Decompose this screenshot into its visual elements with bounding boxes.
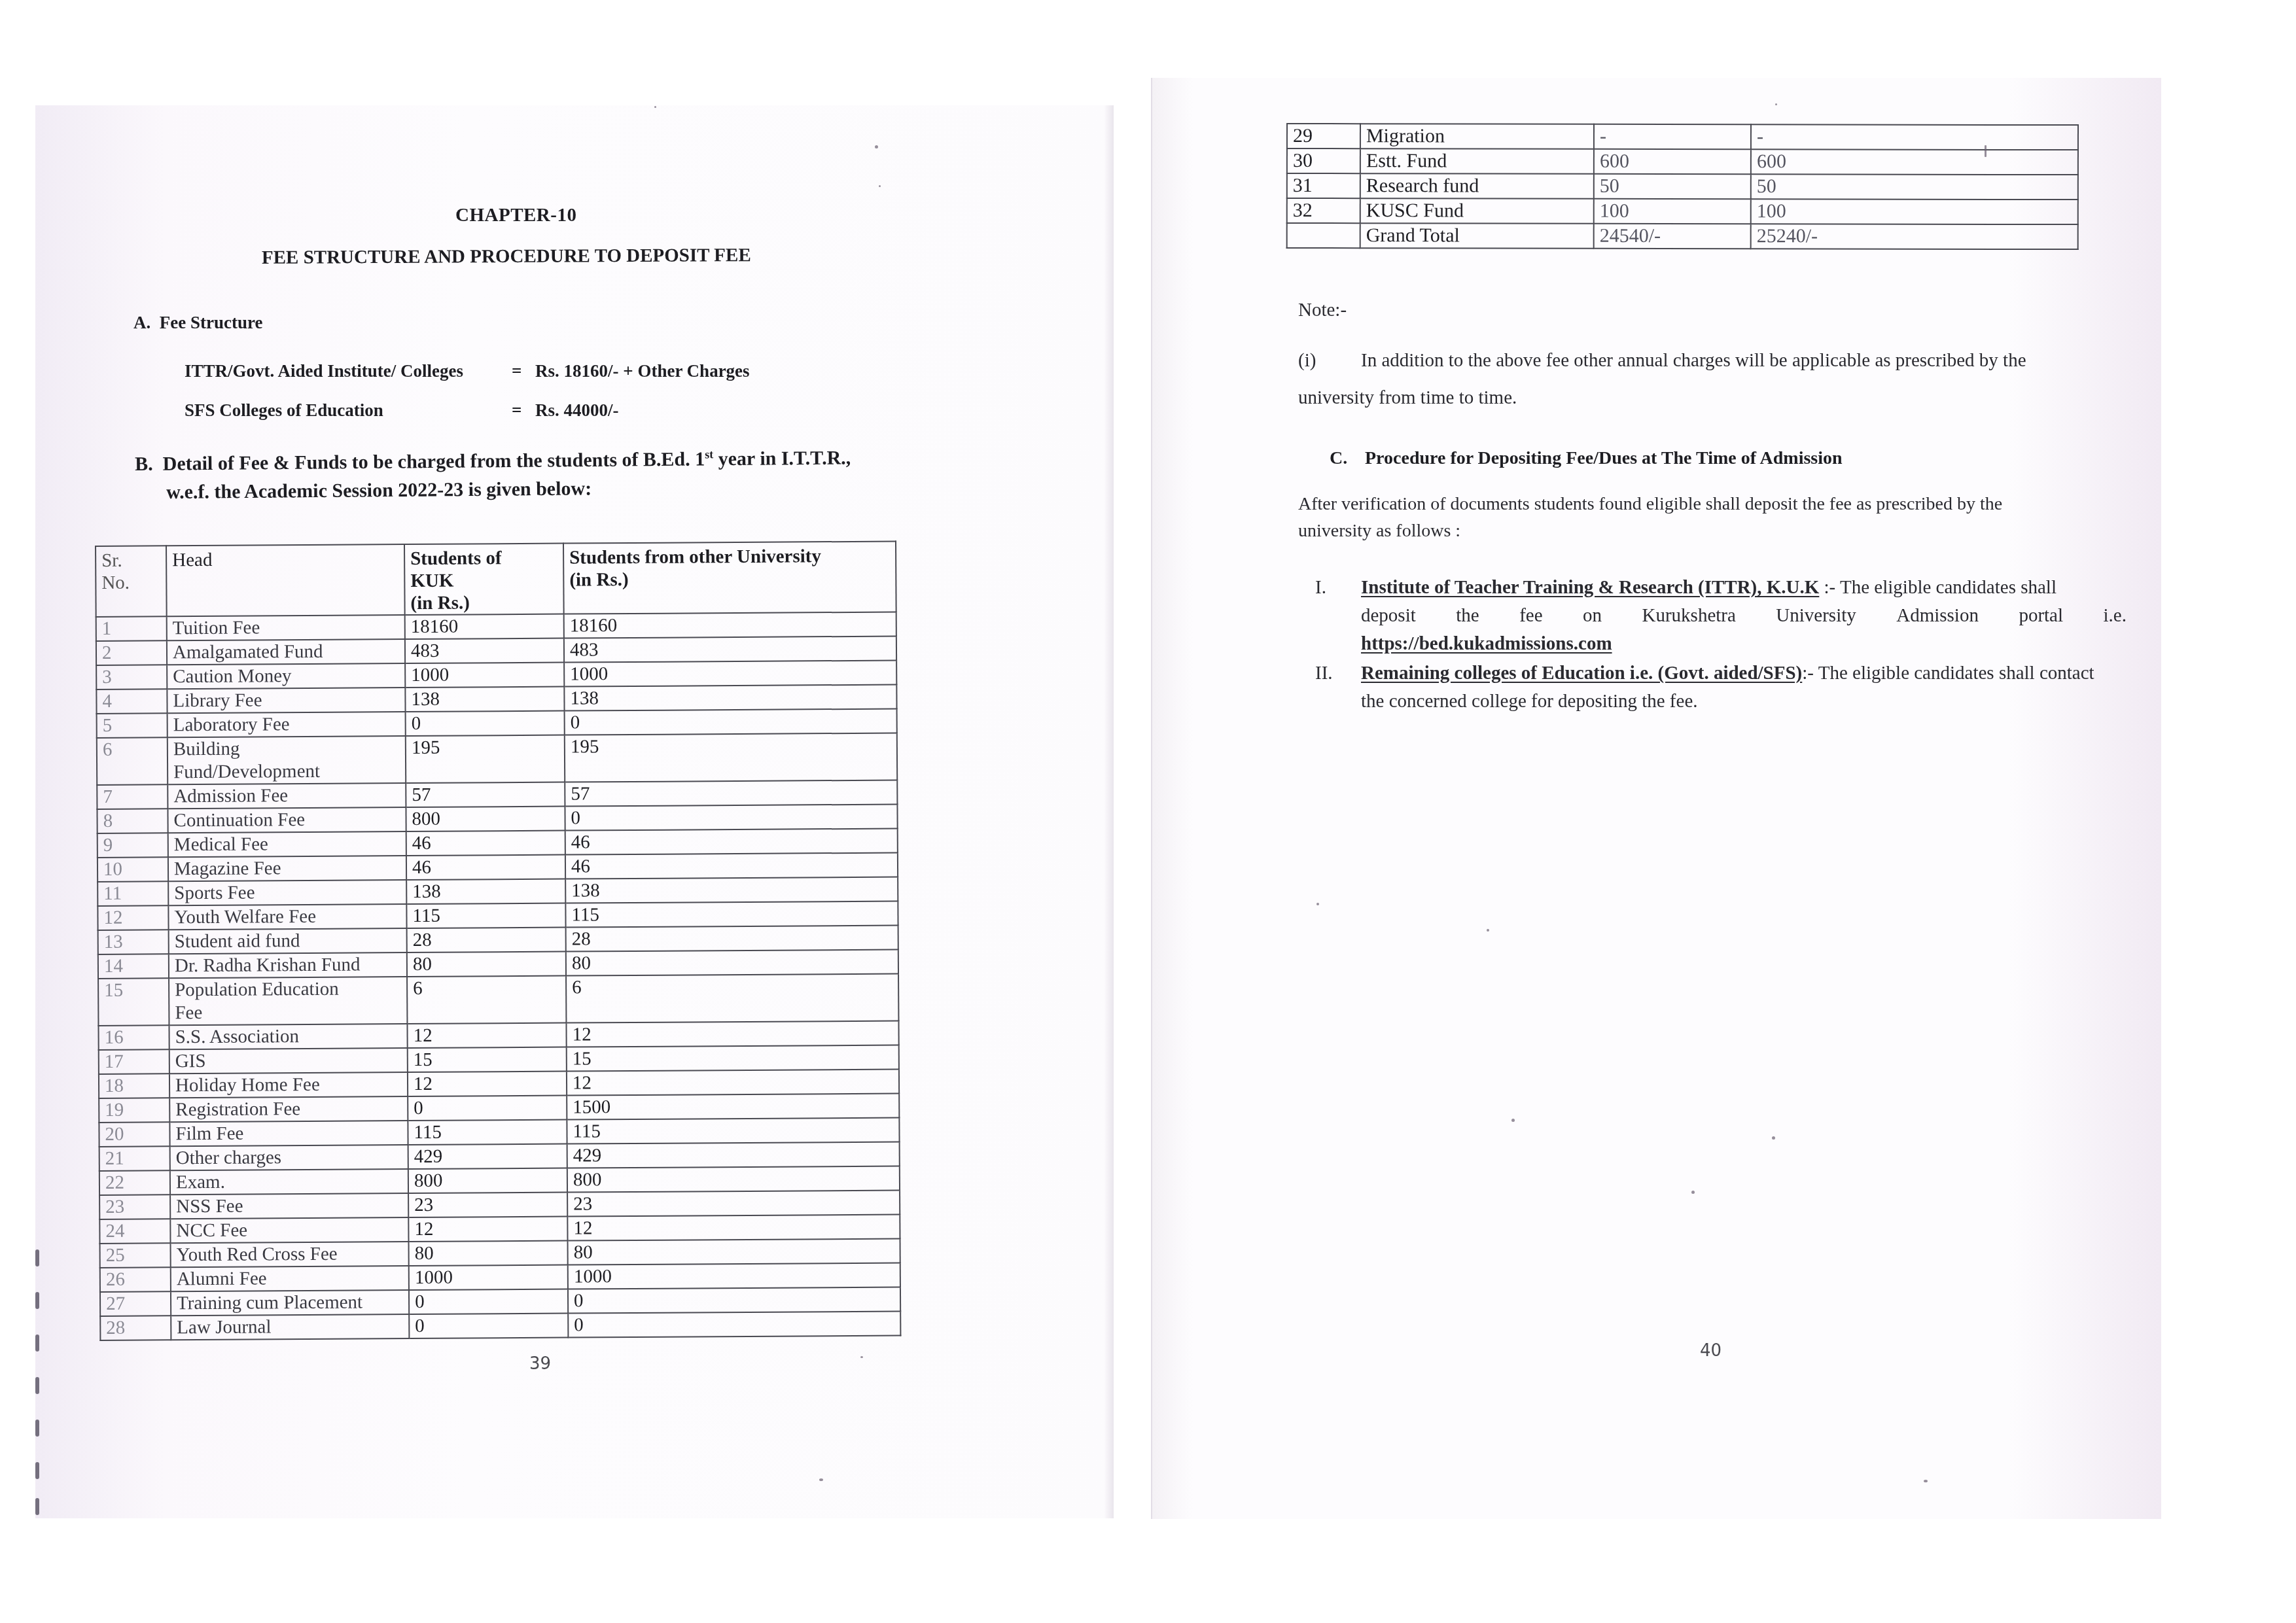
cell-head: Registration Fee (169, 1096, 408, 1122)
cell-other-university-amount: 483 (564, 637, 896, 663)
cell-head-line: Population Education (175, 977, 401, 1002)
cell-sr-no: 12 (97, 905, 168, 930)
section-c-label: C. (1330, 448, 1365, 469)
cell-head: Continuation Fee (168, 807, 406, 833)
note-item-1: (i)In addition to the above fee other an… (1298, 350, 2026, 372)
cell-head-line: Law Journal (177, 1315, 403, 1339)
cell-other-university-amount: 15 (567, 1045, 899, 1072)
page-number-39: 39 (529, 1354, 551, 1374)
cell-head: Laboratory Fee (168, 712, 406, 737)
cell-head-line: Youth Welfare Fee (174, 905, 400, 929)
cell-kuk-amount: 429 (408, 1144, 567, 1169)
page-number-40: 40 (1700, 1341, 1722, 1361)
cell-head-line: GIS (175, 1049, 402, 1073)
cell-sr-no: 9 (97, 833, 168, 858)
note-line2: university from time to time. (1298, 387, 1517, 409)
cell-other-university-amount: 46 (565, 829, 898, 855)
cell-head: GIS (169, 1048, 408, 1073)
cell-sr-no: 24 (99, 1219, 170, 1244)
justified-word: the (1456, 605, 1479, 627)
cell-head-line: Registration Fee (175, 1097, 402, 1121)
cell-kuk-amount: 0 (409, 1289, 568, 1314)
cell-kuk-amount: 115 (408, 1120, 567, 1145)
justified-word: portal (2019, 605, 2063, 627)
cell-sr-no: 17 (99, 1049, 169, 1074)
table-row: 29Migration-- (1287, 124, 2078, 150)
justified-word: fee (1519, 605, 1542, 627)
table-row: 31Research fund5050 (1287, 173, 2078, 200)
cell-head-line: Laboratory Fee (173, 712, 400, 737)
cell-head-line: Fee (175, 1000, 401, 1024)
cell-sr-no: 7 (97, 784, 168, 809)
cell-other-university-amount: 138 (565, 877, 898, 903)
cell-head: Caution Money (167, 663, 405, 689)
fee-structure-row-ittr: ITTR/Govt. Aided Institute/ Colleges=Rs.… (185, 361, 750, 381)
cell-head: NCC Fee (170, 1217, 408, 1243)
cell-other-university-amount: 0 (565, 805, 897, 831)
cell-head: Migration (1360, 124, 1594, 149)
cell-head: S.S. Association (169, 1024, 407, 1049)
cell-kuk-amount: 138 (406, 879, 565, 904)
procedure-item-1: Institute of Teacher Training & Research… (1361, 577, 2057, 599)
cell-kuk-amount: 0 (408, 1096, 567, 1121)
cell-head-line: Admission Fee (173, 784, 400, 808)
cell-kuk-amount: 24540/- (1594, 224, 1751, 249)
cell-other-university-amount: 28 (566, 926, 898, 952)
table-row: 32KUSC Fund100100 (1287, 198, 2078, 224)
cell-kuk-amount: 800 (406, 807, 565, 831)
table-row: 15Population EducationFee66 (98, 974, 898, 1026)
justified-word: deposit (1361, 605, 1416, 627)
section-a-heading: A. Fee Structure (133, 313, 262, 333)
cell-other-university-amount: 115 (567, 1118, 899, 1144)
cell-sr-no: 8 (97, 809, 168, 833)
cell-other-university-amount: 80 (568, 1239, 900, 1265)
cell-other-university-amount: 600 (1751, 149, 2078, 175)
procedure-item-2-title: Remaining colleges of Education i.e. (Go… (1361, 663, 1802, 684)
cell-kuk-amount: 18160 (405, 614, 564, 639)
cell-kuk-amount: 12 (408, 1217, 567, 1242)
cell-other-university-amount: 18160 (564, 612, 896, 638)
cell-kuk-amount: 28 (407, 928, 566, 952)
note-label: Note:- (1298, 300, 1347, 321)
justified-word: Admission (1896, 605, 1979, 627)
cell-head-line: Magazine Fee (174, 856, 400, 881)
fee-table-header: Sr.No. Head Students ofKUK(in Rs.) Stude… (96, 542, 896, 617)
section-b-line1: Detail of Fee & Funds to be charged from… (163, 448, 705, 474)
table-row: 28Law Journal00 (100, 1312, 900, 1340)
cell-head-line: Medical Fee (174, 832, 400, 856)
note-line1: In addition to the above fee other annua… (1361, 350, 2026, 371)
section-c-intro-line2: university as follows : (1298, 521, 1460, 542)
cell-kuk-amount: 1000 (405, 663, 564, 688)
fee-structure-name: SFS Colleges of Education (185, 400, 512, 421)
cell-kuk-amount: 80 (407, 952, 566, 977)
cell-sr-no: 5 (97, 713, 168, 738)
cell-sr-no: 25 (100, 1243, 171, 1268)
cell-kuk-amount: - (1594, 124, 1751, 149)
cell-head: Other charges (170, 1145, 408, 1170)
cell-head-line: Building (173, 737, 400, 761)
cell-head-line: Student aid fund (175, 929, 401, 953)
fee-structure-eq: = (512, 361, 535, 381)
cell-sr-no: 2 (96, 640, 167, 665)
cell-head-line: Continuation Fee (173, 808, 400, 832)
section-c-heading: C.Procedure for Depositing Fee/Dues at T… (1330, 448, 1843, 469)
cell-other-university-amount: 80 (566, 950, 898, 976)
cell-head-line: Amalgamated Fund (173, 640, 399, 664)
fee-table-part-1: Sr.No. Head Students ofKUK(in Rs.) Stude… (95, 541, 901, 1341)
section-a-label: A. (133, 313, 150, 332)
procedure-item-2-text: :- The eligible candidates shall contact (1802, 663, 2094, 684)
page-40 (1151, 78, 2161, 1519)
cell-other-university-amount: 1000 (568, 1263, 900, 1289)
fee-structure-name: ITTR/Govt. Aided Institute/ Colleges (185, 361, 512, 381)
cell-head: Tuition Fee (167, 615, 405, 640)
cell-head: Youth Welfare Fee (168, 904, 406, 930)
justified-word: on (1583, 605, 1602, 627)
cell-sr-no: 11 (97, 881, 168, 906)
cell-head-line: Film Fee (175, 1121, 402, 1145)
note-marker: (i) (1298, 350, 1361, 372)
section-c-intro-line1: After verification of documents students… (1298, 494, 2002, 515)
cell-head: Medical Fee (168, 831, 406, 857)
cell-other-university-amount: 0 (568, 1312, 900, 1338)
cell-sr-no: 16 (98, 1025, 169, 1050)
cell-head: Estt. Fund (1360, 148, 1594, 174)
cell-sr-no (1287, 223, 1360, 248)
cell-head: Admission Fee (168, 783, 406, 809)
cell-kuk-amount: 46 (406, 831, 565, 856)
cell-kuk-amount: 115 (406, 903, 565, 928)
cell-kuk-amount: 50 (1594, 174, 1751, 199)
justified-word: Kurukshetra (1642, 605, 1736, 627)
cell-other-university-amount: - (1751, 124, 2078, 150)
fee-table-part-2: 29Migration--30Estt. Fund60060031Researc… (1286, 123, 2079, 250)
cell-head: BuildingFund/Development (168, 736, 406, 784)
cell-other-university-amount: 800 (567, 1166, 900, 1193)
cell-other-university-amount: 57 (565, 780, 897, 807)
cell-other-university-amount: 100 (1751, 199, 2078, 224)
cell-sr-no: 18 (99, 1073, 169, 1098)
section-c-title: Procedure for Depositing Fee/Dues at The… (1365, 448, 1843, 468)
cell-head-line: Fund/Development (173, 759, 400, 784)
cell-other-university-amount: 46 (565, 853, 898, 879)
cell-other-university-amount: 1000 (564, 661, 896, 687)
cell-kuk-amount: 100 (1594, 199, 1751, 224)
cell-sr-no: 26 (100, 1267, 171, 1292)
cell-other-university-amount: 429 (567, 1142, 900, 1168)
table-row: 30Estt. Fund600600 (1287, 148, 2078, 175)
cell-other-university-amount: 6 (566, 974, 898, 1023)
cell-head: Population EducationFee (169, 977, 407, 1025)
section-b-sup: st (705, 447, 713, 461)
cell-kuk-amount: 138 (405, 687, 564, 712)
cell-sr-no: 28 (100, 1316, 171, 1340)
procedure-item-1-text: :- The eligible candidates shall (1819, 577, 2057, 598)
cell-kuk-amount: 195 (406, 735, 565, 783)
cell-head: Training cum Placement (171, 1290, 409, 1316)
cell-head-line: Exam. (176, 1170, 402, 1194)
cell-other-university-amount: 1500 (567, 1094, 899, 1120)
cell-head-line: Alumni Fee (177, 1266, 403, 1291)
cell-other-university-amount: 12 (567, 1215, 900, 1241)
cell-head: Exam. (170, 1169, 408, 1195)
cell-head-line: Tuition Fee (173, 616, 399, 640)
cell-kuk-amount: 12 (407, 1023, 566, 1048)
cell-sr-no: 32 (1287, 198, 1360, 223)
section-b-line2: w.e.f. the Academic Session 2022-23 is g… (166, 478, 592, 504)
grand-total-row: Grand Total24540/-25240/- (1287, 223, 2078, 249)
cell-other-university-amount: 25240/- (1751, 224, 2078, 249)
cell-other-university-amount: 195 (565, 733, 897, 782)
cell-head: Law Journal (171, 1314, 409, 1340)
cell-head-line: Other charges (176, 1145, 402, 1170)
cell-kuk-amount: 6 (407, 976, 566, 1024)
cell-kuk-amount: 800 (408, 1168, 567, 1193)
justified-word: i.e. (2104, 605, 2127, 627)
cell-sr-no: 21 (99, 1146, 170, 1171)
cell-kuk-amount: 46 (406, 855, 565, 880)
table-row: 6BuildingFund/Development195195 (97, 733, 897, 785)
cell-sr-no: 1 (96, 616, 167, 641)
justified-word: University (1776, 605, 1856, 627)
cell-head-line: NCC Fee (176, 1218, 402, 1242)
cell-other-university-amount: 12 (567, 1070, 899, 1096)
cell-other-university-amount: 0 (568, 1287, 900, 1314)
cell-head-line: Holiday Home Fee (175, 1073, 402, 1097)
cell-sr-no: 22 (99, 1170, 170, 1195)
cell-head-line: Sports Fee (174, 881, 400, 905)
cell-head-line: Dr. Radha Krishan Fund (175, 953, 401, 977)
cell-head-line: Training cum Placement (177, 1291, 403, 1315)
chapter-heading: CHAPTER-10 (455, 205, 576, 226)
cell-other-university-amount: 50 (1751, 174, 2078, 200)
cell-kuk-amount: 15 (408, 1047, 567, 1072)
procedure-item-2-marker: II. (1315, 663, 1333, 684)
cell-kuk-amount: 80 (409, 1241, 568, 1266)
header-sr-no: Sr.No. (96, 546, 167, 617)
page-title: FEE STRUCTURE AND PROCEDURE TO DEPOSIT F… (262, 245, 751, 269)
cell-head: Youth Red Cross Fee (171, 1242, 409, 1267)
cell-head: Student aid fund (169, 928, 407, 954)
cell-other-university-amount: 23 (567, 1191, 900, 1217)
cell-kuk-amount: 483 (405, 638, 564, 663)
admission-portal-link[interactable]: https://bed.kukadmissions.com (1361, 633, 1612, 655)
cell-sr-no: 31 (1287, 173, 1360, 198)
cell-head: Library Fee (167, 688, 405, 713)
cell-sr-no: 27 (100, 1291, 171, 1316)
cell-kuk-amount: 23 (408, 1193, 567, 1217)
fee-table-body-continued: 29Migration--30Estt. Fund60060031Researc… (1287, 124, 2078, 249)
cell-sr-no: 29 (1287, 124, 1360, 148)
cell-head: Holiday Home Fee (169, 1072, 408, 1098)
cell-head: Amalgamated Fund (167, 639, 405, 665)
procedure-item-1-marker: I. (1315, 577, 1326, 599)
cell-sr-no: 3 (96, 665, 167, 689)
cell-head: Grand Total (1360, 223, 1594, 249)
cell-head-line: Youth Red Cross Fee (177, 1242, 403, 1266)
header-students-kuk: Students ofKUK(in Rs.) (404, 544, 564, 615)
fee-structure-value: Rs. 44000/- (535, 400, 619, 420)
cell-sr-no: 19 (99, 1098, 169, 1123)
cell-kuk-amount: 600 (1594, 149, 1751, 174)
cell-head: Alumni Fee (171, 1266, 409, 1291)
cell-sr-no: 10 (97, 857, 168, 882)
section-b-label: B. (135, 453, 153, 475)
cell-kuk-amount: 1000 (409, 1265, 568, 1290)
cell-sr-no: 30 (1287, 148, 1360, 173)
fee-structure-eq: = (512, 400, 535, 421)
cell-head: Research fund (1360, 173, 1594, 199)
cell-sr-no: 13 (98, 930, 169, 954)
fee-structure-row-sfs: SFS Colleges of Education=Rs. 44000/- (185, 400, 619, 421)
procedure-item-1-line2: depositthefeeonKurukshetraUniversityAdmi… (1361, 605, 2127, 627)
procedure-item-2-line2: the concerned college for depositing the… (1361, 691, 1698, 712)
section-a-title: Fee Structure (160, 313, 263, 332)
cell-sr-no: 4 (96, 689, 167, 714)
cell-other-university-amount: 0 (565, 709, 897, 735)
procedure-item-1-title: Institute of Teacher Training & Research… (1361, 577, 1819, 598)
procedure-item-2: Remaining colleges of Education i.e. (Go… (1361, 663, 2094, 684)
cell-other-university-amount: 115 (565, 901, 898, 928)
cell-sr-no: 23 (99, 1195, 170, 1219)
cell-head: Film Fee (169, 1121, 408, 1146)
cell-head: Magazine Fee (168, 856, 406, 881)
cell-sr-no: 15 (98, 978, 169, 1026)
cell-other-university-amount: 138 (564, 685, 896, 711)
cell-sr-no: 6 (97, 737, 168, 785)
cell-sr-no: 20 (99, 1122, 169, 1147)
cell-kuk-amount: 12 (408, 1072, 567, 1096)
fee-structure-value: Rs. 18160/- + Other Charges (535, 361, 750, 381)
section-b-line1-end: year in I.T.T.R., (713, 447, 851, 470)
header-students-other-university: Students from other University(in Rs.) (563, 542, 896, 614)
cell-head-line: Caution Money (173, 664, 399, 688)
cell-head: NSS Fee (170, 1193, 408, 1219)
cell-kuk-amount: 0 (409, 1314, 568, 1338)
cell-head: KUSC Fund (1360, 198, 1594, 224)
cell-other-university-amount: 12 (566, 1021, 898, 1047)
cell-sr-no: 14 (98, 954, 169, 979)
cell-head-line: S.S. Association (175, 1024, 401, 1049)
cell-head-line: Library Fee (173, 688, 399, 712)
header-head: Head (166, 544, 405, 616)
fee-table-body: 1Tuition Fee18160181602Amalgamated Fund4… (96, 612, 901, 1340)
cell-kuk-amount: 57 (406, 782, 565, 807)
cell-head: Dr. Radha Krishan Fund (169, 952, 407, 978)
cell-head-line: NSS Fee (176, 1194, 402, 1218)
cell-head: Sports Fee (168, 880, 406, 905)
cell-kuk-amount: 0 (406, 711, 565, 736)
